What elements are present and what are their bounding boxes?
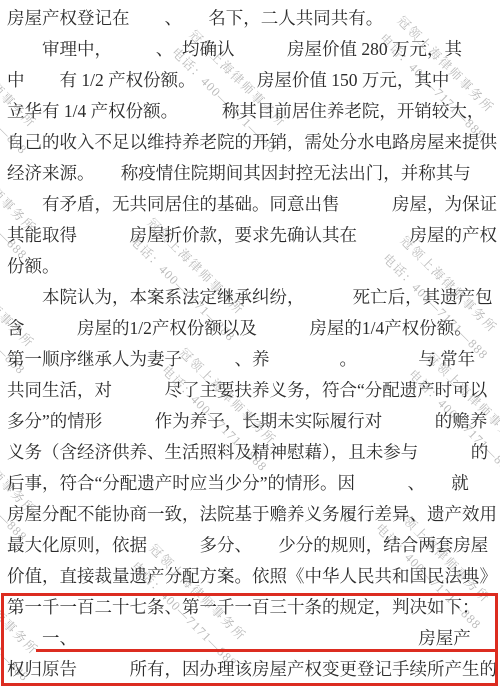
text-line: 后事，符合“分配遗产时应当少分”的情形。因 、 就 xyxy=(7,468,500,499)
text-line: 经济来源。 称疫情住院期间其因封控无法出门，并称其与 xyxy=(7,158,500,189)
text-line: 价值，直接裁量遗产分配方案。依照《中华人民共和国民法典》 xyxy=(7,561,500,592)
text-line: 份额。 xyxy=(7,251,500,282)
text-line: 第一顺序继承人为妻子 、养 。 与 常年 xyxy=(7,344,500,375)
text-line: 义务（含经济供养、生活照料及精神慰藉），且未参与 的 xyxy=(7,437,500,468)
scanned-judgment-page: 冠领上海律师事务所电话：400—7171—888冠领上海律师事务所电话：400—… xyxy=(0,0,500,692)
document-text: 房屋产权登记在 、 名下，二人共同共有。 审理中， 、 均确认 房屋价值 280… xyxy=(7,3,500,685)
text-line: 有矛盾，无共同居住的基础。同意出售 房屋，为保证 xyxy=(7,189,500,220)
text-line: 自己的收入不足以维持养老院的开销，需处分水电路房屋来提供 xyxy=(7,127,500,158)
text-line: 最大化原则，依据 多分、 少分的规则，结合两套房屋 xyxy=(7,530,500,561)
text-line: 其能取得 房屋折价款，要求先确认其在 房屋的产权 xyxy=(7,220,500,251)
text-line: 含 房屋的1/2产权份额以及 房屋的1/4产权份额。 xyxy=(7,313,500,344)
text-line: 本院认为，本案系法定继承纠纷， 死亡后，其遗产包 xyxy=(7,282,500,313)
highlight-underline xyxy=(36,649,497,652)
text-line: 房屋产权登记在 、 名下，二人共同共有。 xyxy=(7,3,500,34)
text-line: 共同生活，对 尽了主要扶养义务，符合“分配遗产时可以 xyxy=(7,375,500,406)
text-line: 中 有 1/2 产权份额。 房屋价值 150 万元，其中 xyxy=(7,65,500,96)
highlight-box xyxy=(1,593,498,686)
text-line: 房屋分配不能协商一致，法院基于赡养义务履行差异、遗产效用 xyxy=(7,499,500,530)
text-line: 立华有 1/4 产权份额。 称其目前居住养老院，开销较大， xyxy=(7,96,500,127)
text-line: 审理中， 、 均确认 房屋价值 280 万元，其 xyxy=(7,34,500,65)
text-line: 多分”的情形 作为养子，长期未实际履行对 的赡养 xyxy=(7,406,500,437)
